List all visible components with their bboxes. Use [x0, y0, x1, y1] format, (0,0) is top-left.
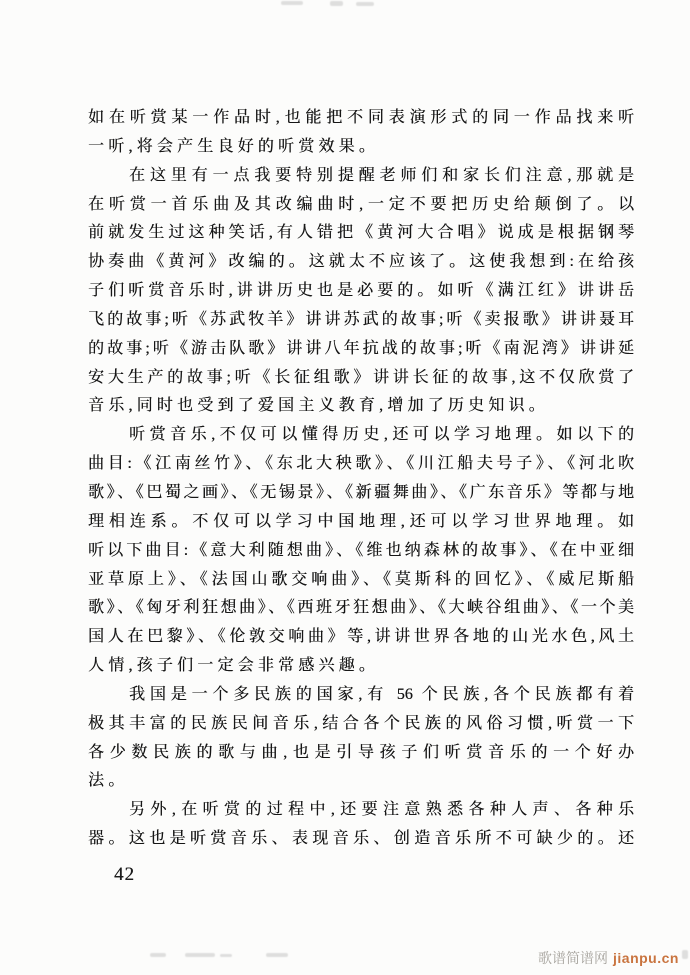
watermark-site-name: 歌谱简谱网	[538, 948, 608, 968]
text-line: 器。这也是听赏音乐、表现音乐、创造音乐所不可缺少的。还	[88, 825, 634, 854]
text-line: 理相连系。不仅可以学习中国地理,还可以学习世界地理。如	[88, 508, 634, 537]
text-line: 听赏音乐,不仅可以懂得历史,还可以学习地理。如以下的	[88, 421, 634, 450]
text-line: 国人在巴黎》、《伦敦交响曲》等,讲讲世界各地的山光水色,风土	[88, 623, 634, 652]
scan-artifact	[356, 2, 374, 6]
text-line: 一听,将会产生良好的听赏效果。	[88, 133, 634, 162]
text-line: 曲目:《江南丝竹》、《东北大秧歌》、《川江船夫号子》、《河北吹	[88, 450, 634, 479]
scan-artifact	[185, 953, 215, 957]
scan-artifact	[266, 953, 288, 957]
text-line: 亚草原上》、《法国山歌交响曲》、《莫斯科的回忆》、《威尼斯船	[88, 566, 634, 595]
text-line: 各少数民族的歌与曲,也是引导孩子们听赏音乐的一个好办	[88, 739, 634, 768]
text-line: 极其丰富的民族民间音乐,结合各个民族的风俗习惯,听赏一下	[88, 710, 634, 739]
text-line: 如在听赏某一作品时,也能把不同表演形式的同一作品找来听	[88, 104, 634, 133]
text-line: 音乐,同时也受到了爱国主义教育,增加了历史知识。	[88, 392, 634, 421]
scan-artifact	[682, 950, 688, 959]
text-line: 子们听赏音乐时,讲讲历史也是必要的。如听《满江红》讲讲岳	[88, 277, 634, 306]
text-line: 法。	[88, 767, 634, 796]
text-line: 的故事;听《游击队歌》讲讲八年抗战的故事;听《南泥湾》讲讲延	[88, 335, 634, 364]
scan-artifact	[220, 954, 232, 957]
page-number: 42	[114, 864, 135, 886]
text-line: 前就发生过这种笑话,有人错把《黄河大合唱》说成是根据钢琴	[88, 219, 634, 248]
text-line: 安大生产的故事;听《长征组歌》讲讲长征的故事,这不仅欣赏了	[88, 364, 634, 393]
scan-artifact	[330, 1, 343, 6]
text-line: 听以下曲目:《意大利随想曲》、《维也纳森林的故事》、《在中亚细	[88, 537, 634, 566]
text-line: 在听赏一首乐曲及其改编曲时,一定不要把历史给颠倒了。以	[88, 191, 634, 220]
text-line: 人情,孩子们一定会非常感兴趣。	[88, 652, 634, 681]
text-line: 在这里有一点我要特别提醒老师们和家长们注意,那就是	[88, 162, 634, 191]
text-line: 歌》、《匈牙利狂想曲》、《西班牙狂想曲》、《大峡谷组曲》、《一个美	[88, 594, 634, 623]
watermark: 歌谱简谱网 jianpu.cn	[538, 948, 679, 968]
watermark-site-url: jianpu.cn	[613, 950, 679, 966]
text-line: 我国是一个多民族的国家,有 56 个民族,各个民族都有着	[88, 681, 634, 710]
text-line: 歌》、《巴蜀之画》、《无锡景》、《新疆舞曲》、《广东音乐》等都与地	[88, 479, 634, 508]
text-line: 另外,在听赏的过程中,还要注意熟悉各种人声、各种乐	[88, 796, 634, 825]
scan-artifact	[150, 953, 166, 957]
scan-artifact	[281, 1, 303, 5]
book-page: 如在听赏某一作品时,也能把不同表演形式的同一作品找来听一听,将会产生良好的听赏效…	[0, 0, 690, 975]
text-line: 协奏曲《黄河》改编的。这就太不应该了。这使我想到:在给孩	[88, 248, 634, 277]
text-block: 如在听赏某一作品时,也能把不同表演形式的同一作品找来听一听,将会产生良好的听赏效…	[88, 104, 634, 854]
text-line: 飞的故事;听《苏武牧羊》讲讲苏武的故事;听《卖报歌》讲讲聂耳	[88, 306, 634, 335]
